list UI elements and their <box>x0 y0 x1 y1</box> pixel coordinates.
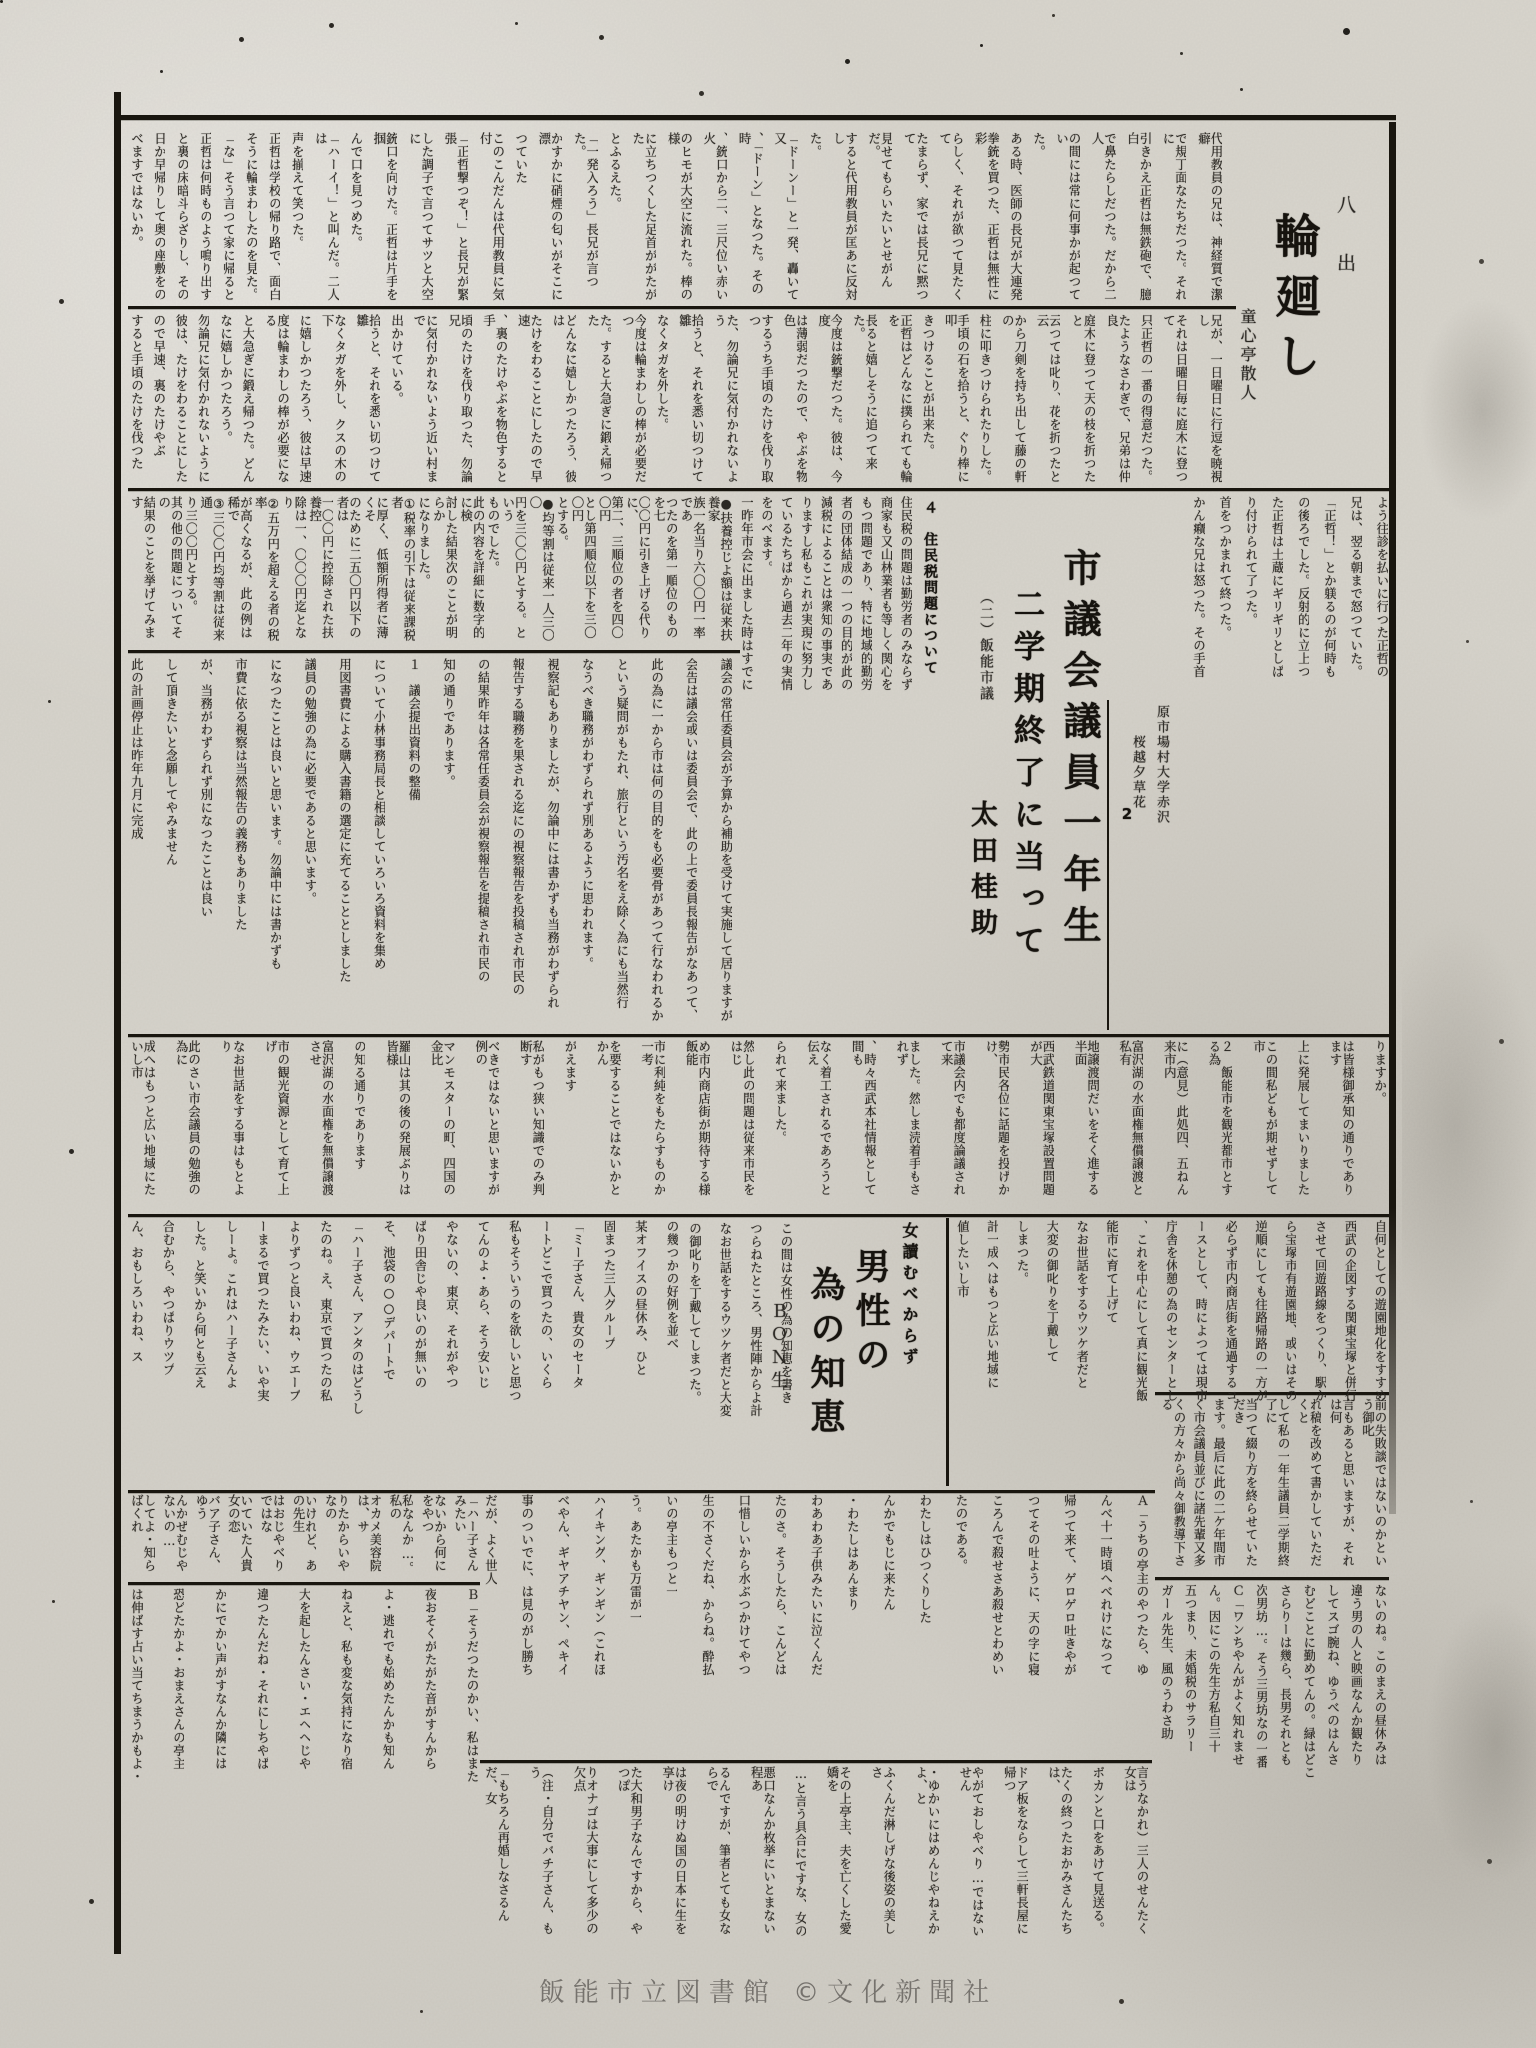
text-column: になつたことは良いと思います。勿論中には書かずも <box>269 658 282 1028</box>
text-column: ２ 飯能市を観光都市とする為 <box>1207 1040 1232 1208</box>
bottom-right-band: ないのね。このまえの昼休みは違う男の人と映画なんか観たりしてスゴ腕ね、ゆうべのは… <box>1160 1584 1386 1944</box>
text-column: らしく、それが欲つて見たくて <box>938 132 963 302</box>
text-column: 減税によることは衆知の事実であ <box>820 496 833 1028</box>
text-column: してスゴ腕ね、ゆうべのはんさ <box>1326 1584 1339 1944</box>
text-column: のヒモが大空に流れた。棒の様 <box>667 132 692 302</box>
text-column: 「ミー子さん、貴女のセータ <box>571 1220 584 1486</box>
text-column: 度は輪まわしの棒が必要になる <box>264 314 289 484</box>
text-column: 、銃口から二、三尺位い赤い火 <box>702 132 727 302</box>
text-column: 「正哲撃つぞ！」と長兄が緊張 <box>443 132 468 302</box>
text-column: 市議会内でも都度論議されて来 <box>940 1040 965 1208</box>
text-column: 一昨年市会に出ました時はすでに <box>740 496 753 1028</box>
text-column: 「もちろん再婚しなさるんだ、女 <box>484 1766 509 1944</box>
text-column: 拾うと、それを悉い切つけて雛 <box>678 314 703 484</box>
rule-bottomleft <box>128 1582 480 1585</box>
text-column: 報告する職務を果される迄にの視察報告を投稿され市民の <box>511 658 524 1028</box>
text-column: 住民税の問題は勤労者のみならず <box>900 496 913 1028</box>
rule-bottommid <box>480 1760 1152 1763</box>
text-column: いていた人貴女の恋 <box>227 1494 252 1578</box>
text-column: 見せてもらいたいとせがんだ。 <box>867 132 892 302</box>
text-column: それは日曜日毎に庭木に登つて <box>1162 314 1187 484</box>
text-column: 出かけている。 <box>390 314 403 484</box>
text-column: なくタガを外し、クスの木の下 <box>321 314 346 484</box>
text-column: と裏の床暗斗らざりし、その <box>176 132 189 302</box>
text-column: 「な」そう言つて家に帰ると <box>222 132 235 302</box>
text-column: 「ハーイ！」と叫んだ。二人は <box>314 132 339 302</box>
text-column: 引きかえ正哲は無鉄砲で、臆白 <box>1126 132 1151 302</box>
text-column: に（意見）此処四、五ねん来市内 <box>1163 1040 1188 1208</box>
text-column: そ、池袋の○○デパートで <box>382 1220 395 1486</box>
text-column: よ・逃れでも始めたんかも知ん <box>382 1588 395 1944</box>
text-column: ①税率の引下は従来課税者 <box>390 496 415 644</box>
text-column: 、時々西武本社情報として間も <box>851 1040 876 1208</box>
text-column: しーよ。これはハー子さんよ <box>225 1220 238 1486</box>
text-column: 「正哲！」とか躾るのが何時も <box>1323 496 1336 1016</box>
text-column: 正哲は学校の帰り路で、面白 <box>268 132 281 302</box>
text-column: ートどこで買つたの、いくら <box>540 1220 553 1486</box>
text-column: なくタガを外した。 <box>656 314 669 484</box>
text-column: 今度は銃撃だつた。彼は、今度 <box>817 314 842 484</box>
serial-text-band-end: よう往診を払いに行つた正哲の兄は、翌る朝まで怒つていた。「正哲！」とか躾るのが何… <box>1192 496 1388 1016</box>
text-column: 正哲はどんなに撲られても輪を <box>887 314 912 484</box>
text-column: くの方々から尚々御教導下さる <box>1160 1398 1185 1572</box>
text-column: だが、よく世人 <box>484 1494 497 1756</box>
text-column: ドア板をならして三軒長屋に帰つ <box>1003 1766 1028 1944</box>
text-column: の幾つかの好例を並べ <box>666 1220 679 1486</box>
text-column: 某オフイスの昼休み、ひと <box>634 1220 647 1486</box>
text-column: り付けられて了つた。 <box>1244 496 1257 1016</box>
text-column: たのね。え、東京で買つたの私 <box>319 1220 332 1486</box>
text-column: りたからいやなの <box>324 1494 349 1578</box>
text-column: について小林事務局長と相談していろいろ資料を集め <box>373 658 386 1028</box>
text-column: 代用教員の兄は、神経質で潔癖 <box>1197 132 1222 302</box>
advice-kicker: 女讀むべからず <box>898 1222 921 1394</box>
text-column: たけをわることにしたので早速 <box>517 314 542 484</box>
text-column: いの亭主もつと一 <box>665 1494 678 1756</box>
text-column: そうに輪まわしたのを見た。 <box>245 132 258 302</box>
tourism-intro-band: りますか。は皆様御承知の通りであります上に発展してまいりましたこの間私どもが期せ… <box>130 1040 1386 1208</box>
text-column: で鼻たらしだつた。だから二人 <box>1091 132 1116 302</box>
text-column: ないのね。このまえの昼休みは <box>1373 1584 1386 1944</box>
rule-band5 <box>128 1214 1389 1217</box>
text-column: の御叱りを丁戴してしまつた。 <box>688 1222 701 1486</box>
text-column: ②五万円を超える者の税率 <box>254 496 279 644</box>
text-column: ふくんだ淋しげな後姿の美しさ <box>870 1766 895 1944</box>
text-column: れ稿を改めて書かしていただくと <box>1296 1398 1321 1572</box>
text-column: 者の団体結成の一つの目的が此の <box>840 496 853 1028</box>
council-headline-main: 市議会議員一年生 <box>1052 548 1107 1018</box>
text-column: 此の為に一から市は何の目的をも必要骨があつて行なわれるか <box>650 658 663 1028</box>
text-column: つてその吐ように、天の字に寝 <box>1027 1494 1040 1756</box>
text-column: なお世話をするウツケ者だと <box>1075 1220 1088 1486</box>
text-column: するうち手頃のたけを伐り取つ <box>748 314 773 484</box>
text-column: で規丁面なたちだつた。それに <box>1161 132 1186 302</box>
text-column: 此の内容を詳細に数字的に検 <box>459 496 484 644</box>
text-column: 西武鉄道関東宝塚設置問題が大 <box>1029 1040 1054 1208</box>
text-column: マンモスターの町、四国の金比 <box>430 1040 455 1208</box>
text-column: がえます <box>563 1040 576 1208</box>
text-column: 議員の勉強の為に必要であると思います。 <box>303 658 316 1028</box>
text-column: 能市に育て上げて <box>1105 1220 1118 1486</box>
scan-noise-speckles <box>0 0 3 3</box>
text-column: この間は女性の為の知恵を書き <box>780 1222 793 1486</box>
text-column: ベやん、ギヤアチヤン、ペキイ <box>556 1494 569 1756</box>
text-column: かにでかい声がすなんか隣には <box>214 1588 227 1944</box>
text-column: に厚く、低額所得者に薄くそ <box>363 496 388 644</box>
text-column: …と言う具合にですな、女の <box>794 1766 807 1944</box>
closing-text-band: 前の失敗談ではないのかという御叱言もあると思いますが、それは何れ稿を改めて書かし… <box>1160 1398 1386 1572</box>
text-column: 成へはもつと広い地域にたいし市 <box>130 1040 155 1208</box>
text-column: 夜おそくがたがた音がすんから <box>424 1588 437 1944</box>
text-column: オカメ美容院は、サ <box>356 1494 381 1578</box>
text-column: たのである。 <box>954 1494 967 1756</box>
text-column: め市内商店街が期待する様飯能 <box>685 1040 710 1208</box>
text-column: なお世話をする事はもとより <box>219 1040 244 1208</box>
text-column: という疑問がもたれ、旅行という汚名をえ除く為にも当然行 <box>615 658 628 1028</box>
text-column: して私の一年生議員二学期終了に <box>1264 1398 1289 1572</box>
text-column: かん癪な兄は怒つた。その手首 <box>1192 496 1205 1016</box>
text-column: 〇〇円に引き上げる代りに、 <box>625 496 650 644</box>
text-column: く市会議員並びに諸先輩又多 <box>1192 1398 1205 1572</box>
text-column: ガール先生、風のうわさ助 <box>1160 1584 1173 1944</box>
text-column: ものでした。 <box>487 496 500 644</box>
text-column: 市の観光資源として育て上げ <box>264 1040 289 1208</box>
text-column: 銃口を向けた。正哲は片手を掴 <box>372 132 397 302</box>
text-column: たまらず、家では長兄に黙つて <box>903 132 928 302</box>
text-column: んで口を見つめた。 <box>349 132 362 302</box>
text-column: して頂きたいと念願してやみません <box>165 658 178 1028</box>
frame-right-border <box>1389 122 1396 1514</box>
text-column: どんなに嬉しかつたろう、彼は <box>551 314 576 484</box>
council-byline-name: 太田桂助 <box>962 800 1001 1025</box>
text-column: Ｃ「ワンちやんがよく知れませ <box>1231 1584 1244 1944</box>
text-column: は薄弱だつたので、やぶを物色 <box>782 314 807 484</box>
tax-items-band: ●扶養控じよ額は従来扶養家族一名当り六〇〇円一率であつたのを第一順位のものを七〇… <box>130 496 732 644</box>
text-column: さらりーは幾ら、長男それとも <box>1279 1584 1292 1944</box>
text-column: つたのを第一順位のものを七 <box>652 496 677 644</box>
text-column: う。あたかも万雷が一 <box>629 1494 642 1756</box>
advice-dialogue-band: の幾つかの好例を並べ某オフイスの昼休み、ひと固まつた三人グループ「ミー子さん、貴… <box>130 1220 678 1486</box>
text-column: ねえと、私も変な気持になり宿 <box>340 1588 353 1944</box>
section-tax-header: ４ 住民税問題について <box>920 500 940 710</box>
text-column: るんですが、筆者とても女ならで <box>705 1766 730 1944</box>
serial-text-band-1: 代用教員の兄は、神経質で潔癖で規丁面なたちだつた。それに引きかえ正哲は無鉄砲で、… <box>130 132 1222 302</box>
text-column: かすかに硝煙の匂いがそこに漂 <box>537 132 562 302</box>
bottom-left-upper-band: 「ハー子さんみたいないから何にをやつ私なんか…。私のオカメ美容院は、サりたからい… <box>130 1494 478 1578</box>
text-column: んかぜむじやないの… <box>162 1494 187 1578</box>
text-column: り三〇〇円とする。 <box>185 496 198 644</box>
text-column: 違う男の人と映画なんか観たり <box>1350 1584 1363 1944</box>
text-column: 柱に叩きつけられたりした。 <box>978 314 991 484</box>
text-column: と大急ぎに鍛え帰つた。どん <box>241 314 254 484</box>
text-column: 視察記もありましたが、勿論中には書かずも当務がわずられ <box>546 658 559 1028</box>
text-column: つらねたところ、男性陣からよ計 <box>749 1222 762 1486</box>
text-column: ているたちばから過去二年の実情 <box>780 496 793 1028</box>
text-column: ③三〇〇円均等割は従来通 <box>199 496 224 644</box>
frame-top-rule <box>114 115 1396 120</box>
text-column: もつ問題であり、特に地域的勤労 <box>860 496 873 1028</box>
footer-credit: 飯能市立図書館 ©文化新聞社 <box>0 1972 1536 2009</box>
text-column: 拳銃を買つた、正哲は無性に彩 <box>974 132 999 302</box>
text-column: 正哲は何時ものよう鳴り出す <box>199 132 212 302</box>
text-column: りますか。 <box>1373 1040 1386 1208</box>
text-column: 事のついでに、は見のがし勝ち <box>520 1494 533 1756</box>
text-column: 今度は輪まわしの棒が必要だつ <box>621 314 646 484</box>
text-column: よう往診を払いに行つた正哲の <box>1375 496 1388 1016</box>
council-headline-sub: 二学期終了に当って <box>1004 588 1049 1028</box>
text-column: 族一名当り六〇〇円一率であ <box>680 496 705 644</box>
text-column: なに嬉しかつたろう。 <box>219 314 232 484</box>
text-column: Ｂ「そうだつたのかい、私はまた <box>466 1588 479 1944</box>
bottom-mid-lower-band: 言うなかれ）三人のせんたく女はボカンと口をあけて見送る。たくの終つたおかみさんた… <box>484 1766 1148 1944</box>
text-column: すると手頃のたけを伐つた <box>130 314 143 484</box>
text-column: ころんで殺せさあ殺せとわめい <box>991 1494 1004 1756</box>
text-column: を要することではないかとかん <box>596 1040 621 1208</box>
text-column: 其の他の問題についてその <box>157 496 182 644</box>
advice-title-line2: 為の知恵 <box>800 1266 850 1451</box>
text-column: 首をつかまれて終つた。 <box>1218 496 1231 1016</box>
text-column: 知の通りであります。 <box>442 658 455 1028</box>
text-column: 「ドーンー」と一発、轟いて又 <box>773 132 798 302</box>
advice-intro-band: この間は女性の為の知恵を書きつらねたところ、男性陣からよ計なお世話をするウツケ者… <box>688 1222 792 1486</box>
text-column: した。と笑いから何とも云え <box>193 1220 206 1486</box>
rule-band1 <box>128 306 1236 309</box>
text-column: 上に発展してまいりました <box>1297 1040 1310 1208</box>
text-column: 手頃の石を拾うと、ぐり棒に叩 <box>944 314 969 484</box>
report-text-band: 議会の常任委員会が予算から補助を受けて実施して居りますが会告は議会或いは委員会で… <box>130 658 732 1028</box>
text-column: した調子で言つてサツと大空に <box>408 132 433 302</box>
text-column: 彼は、たけをわることにした <box>175 314 188 484</box>
text-column: の間には常に何事かが起つてい <box>1055 132 1080 302</box>
text-column: から刀剣を持ち出して藤の軒の <box>1001 314 1026 484</box>
text-column: いけれど、あの先生 <box>291 1494 316 1578</box>
text-column: 、裏のたけやぶを物色すると手 <box>482 314 507 484</box>
text-column: 会告は議会或いは委員会で、此の上で委員長報告がなあつて、 <box>685 658 698 1028</box>
text-column: 「ハー子さんみたい <box>453 1494 478 1578</box>
text-column: ハイキング、ギンギン（これほ <box>593 1494 606 1756</box>
text-column: 云つては叱り、花を折つたと云 <box>1035 314 1060 484</box>
serial-credit-place: 原市場村大学赤沢 <box>1152 705 1171 930</box>
text-column: バア子さん、ゆう <box>195 1494 220 1578</box>
text-column: の知る通りであります <box>353 1040 366 1208</box>
text-column: りますし私もこれが実現に努力し <box>800 496 813 1028</box>
text-column: ないから何にをやつ <box>421 1494 446 1578</box>
frame-left-border <box>114 92 121 1954</box>
text-column: ん、おもしろいわね、ス <box>130 1220 143 1486</box>
text-column: 庭木に登つて天の枝を折つたと <box>1070 314 1095 484</box>
text-column: つていた <box>514 132 527 302</box>
text-column: はおじやべりではな <box>259 1494 284 1578</box>
text-column: 兄が、一日曜日に行逗を暁視し <box>1197 314 1222 484</box>
newspaper-page: { "page": { "footer_credit": "飯能市立図書館 ©文… <box>0 0 1536 2048</box>
text-column: りオナゴは大事にして多少の欠点 <box>573 1766 598 1944</box>
text-column: しまつた。 <box>1016 1220 1029 1486</box>
text-column: ●扶養控じよ額は従来扶養家 <box>707 496 732 644</box>
text-column: 生の不さくだね、からね。酔払 <box>701 1494 714 1756</box>
text-column: なお世話をするウツケ者だと大変 <box>719 1222 732 1486</box>
text-column: このこんだんは代用教員に気付 <box>479 132 504 302</box>
text-column: なく着工されるであろうと伝え <box>806 1040 831 1208</box>
text-column: ●均等割は従来一人三〇〇 <box>529 496 554 644</box>
text-column: 頃のたけを伐り取つた、勿論兄 <box>447 314 472 484</box>
text-column: 言うなかれ）三人のせんたく女は <box>1123 1766 1148 1944</box>
text-column: てんのよ・あら、そう安いじ <box>477 1220 490 1486</box>
text-column: 当つて綴り方を終らせていただき <box>1232 1398 1257 1572</box>
text-column: 口惜しいから水ぶつかけてやつ <box>737 1494 750 1756</box>
text-column: に立ちつくした足首ががたがた <box>631 132 656 302</box>
text-column: ーまるで買つたみたい、いや実 <box>256 1220 269 1486</box>
text-column: た、勿論兄に気付かれないよう <box>713 314 738 484</box>
text-column: 恐どたかよ・おまえさんの亭主 <box>172 1588 185 1944</box>
text-column: 次男坊…。そう三男坊なの一番 <box>1255 1584 1268 1944</box>
text-column: 私なんか…。私の <box>388 1494 413 1578</box>
text-column: 商家も又山林業者も等しく関心を <box>880 496 893 1028</box>
text-column: た。 <box>809 132 822 302</box>
text-column: 声を揃えて笑つた。 <box>291 132 304 302</box>
text-column: んかでもじに来たん <box>882 1494 895 1756</box>
text-column: 日か早帰りして奥の座敷をの <box>153 132 166 302</box>
text-column: の結果昨年は各常任委員会が視察報告を提稿され市民の <box>477 658 490 1028</box>
text-column: は夜の明けぬ国の日本に生を享け <box>661 1766 686 1944</box>
text-column: Ａ「うちの亭主のやつたら、ゆ <box>1135 1494 1148 1756</box>
text-column: 悪口なんか枚挙にいとまない程あ <box>750 1766 775 1944</box>
text-column: 勢市民各位に話題を投げかけ、 <box>984 1040 1009 1208</box>
rule-right-bottom <box>1155 1577 1389 1580</box>
text-column: 第二、三順位の者を四〇〇円 <box>598 496 623 644</box>
text-column: ある時、医師の長兄が大連発 <box>1009 132 1022 302</box>
text-column: 値したいし市 <box>956 1220 969 1486</box>
text-column: 違つたんだね・それにしちやば <box>256 1588 269 1944</box>
text-column: 用図書費による購入書籍の選定に充てることとしました <box>338 658 351 1028</box>
text-column: べますではないか。 <box>130 132 143 302</box>
text-column: たようなさわぎで、兄弟は仲良 <box>1105 314 1130 484</box>
divider-headline-right <box>1107 700 1109 1030</box>
text-column: の後ろでした。反射的に立上つ <box>1297 496 1310 1016</box>
text-column: すると代用教員が匡あに反対し <box>832 132 857 302</box>
text-column: とする。 <box>556 496 569 644</box>
text-column: 地譲渡問だいをそく進する半面 <box>1074 1040 1099 1208</box>
text-column: なうべき職務がわずられず別あるように思われます。 <box>581 658 594 1028</box>
text-column: ・ゆかいにはめんじやねえかよ、と <box>914 1766 939 1944</box>
text-column: ました。然しま涜着手もされず <box>895 1040 920 1208</box>
text-column: ので早速、裏のたけやぶ <box>152 314 165 484</box>
text-column: 長ると嬉しそうに追つて来た。 <box>852 314 877 484</box>
text-column: た正哲は土蔵にギリギリとしば <box>1271 496 1284 1016</box>
rule-band3-left <box>128 650 740 653</box>
text-column: に嬉しかつたろう、彼は早速 <box>298 314 311 484</box>
serial-part-number: 2 <box>1118 805 1136 835</box>
text-column: に気付かれないよう近い村まで <box>412 314 437 484</box>
text-column: 議会の常任委員会が予算から補助を受けて実施して居りますが <box>719 658 732 1028</box>
text-column: やないの、東京、それがやつ <box>445 1220 458 1486</box>
serial-series-label: 八 出 <box>1332 195 1359 325</box>
tax-text-band: 住民税の問題は勤労者のみならず商家も又山林業者も等しく関心をもつ問題であり、特に… <box>740 496 912 1028</box>
text-column: 、これを中心にして真に観光飯 <box>1135 1220 1148 1486</box>
serial-title: 輪廻し <box>1262 212 1328 462</box>
text-column: た大和男子なんですから、やつぽ <box>617 1766 642 1944</box>
text-column: してよ・知らばくれ <box>130 1494 155 1578</box>
rule-band6 <box>128 1490 1155 1493</box>
advice-title-line1: 男性の <box>845 1248 895 1390</box>
serial-byline: 童心亭散人 <box>1236 308 1259 488</box>
text-column: 五つまり、未婚税のサラリー <box>1184 1584 1197 1944</box>
text-column: 私もそういうのを欲しいと思つ <box>508 1220 521 1486</box>
text-column: この間私どもが期せずして市 <box>1252 1040 1277 1208</box>
text-column: 前の失敗談ではないのかという御叱 <box>1361 1398 1386 1572</box>
scan-margin-shading <box>1402 0 1536 2048</box>
text-column: になりました。 <box>417 496 430 644</box>
text-column: が、当務がわずられず別になつたことは良い <box>199 658 212 1028</box>
text-column: ます。最后に此の二ケ年間市 <box>1212 1398 1225 1572</box>
text-column: 計一成へはもつと広い地域に <box>986 1220 999 1486</box>
divider-advice-block <box>946 1218 949 1486</box>
text-column: た。すると大急ぎに鍛え帰つた <box>586 314 611 484</box>
text-column: やがておしやべり…ではないせん <box>958 1766 983 1944</box>
text-column: わたしはひつくりした <box>918 1494 931 1756</box>
text-column: 勿論兄に気付かれないように <box>197 314 210 484</box>
text-column: 羅山は其の後の発展ぶりは皆様 <box>385 1040 410 1208</box>
text-column: 円を三〇〇円とする。という <box>501 496 526 644</box>
text-column: 此の計画停止は昨年九月に完成 <box>130 658 143 1028</box>
text-column: とし第四順位以下を三〇〇円 <box>571 496 596 644</box>
text-column: 此のさい市会議員の勉強の為に <box>175 1040 200 1208</box>
text-column: ん。因にこの先生方私自三十 <box>1207 1584 1220 1944</box>
text-column: 只正哲の一番の得意だつた。 <box>1140 314 1153 484</box>
text-column: 合むから、やつぱりウツプ <box>162 1220 175 1486</box>
text-column: その上亭主、夫を亡くした愛嬌を <box>826 1766 851 1944</box>
rule-band4 <box>128 1034 1389 1037</box>
text-column: 富沢湖の水面権を無償譲渡させ <box>308 1040 333 1208</box>
text-column: よりずつと良いわね、ウエーブ <box>288 1220 301 1486</box>
text-column: 兄は、翌る朝まで怒つていた。 <box>1349 496 1362 1016</box>
text-column: 、「ドーン」となつた。その時 <box>738 132 763 302</box>
text-column: 私がもつ狭い知識でのみ判断す <box>519 1040 544 1208</box>
text-column: ・わたしはあんまり <box>846 1494 859 1756</box>
text-column: とふるえた。 <box>608 132 621 302</box>
text-column: 市費に依る視察は当然報告の義務もありました <box>234 658 247 1028</box>
bottom-mid-upper-band: Ａ「うちの亭主のやつたら、ゆんべ十一時頃へべれけになつて帰つて来て、ゲロゲロ吐き… <box>484 1494 1148 1756</box>
text-column: たくの終つたおかみさんたちは、 <box>1047 1766 1072 1944</box>
text-column: 討した結果次のことが明らか <box>432 496 457 644</box>
text-column: られて来ました。 <box>774 1040 787 1208</box>
text-column: は皆様御承知の通りであります <box>1329 1040 1354 1208</box>
text-column: んべ十一時頃へべれけになつて <box>1099 1494 1112 1756</box>
text-column: をのべます。 <box>760 496 773 1028</box>
text-column: 「一発入ろう」長兄が言つた。 <box>573 132 598 302</box>
text-column: 固まつた三人グループ <box>603 1220 616 1486</box>
text-column: のために二五〇円以下の者は <box>336 496 361 644</box>
text-column: たのさ。そうしたら、こんどは <box>774 1494 787 1756</box>
text-column: 富沢湖の水面権無償譲渡と私有 <box>1118 1040 1143 1208</box>
text-column: は伸ばす占い当てちまうかもよ・ <box>130 1588 143 1944</box>
text-column: きつけることが出来た。 <box>921 314 934 484</box>
text-column: が高くなるが、此の例は稀で <box>227 496 252 644</box>
text-column: むどことに勤めてんの。緑はどこ <box>1302 1584 1315 1944</box>
text-column: 言もあると思いますが、それは何 <box>1329 1398 1354 1572</box>
text-column: ばり田舎じや良いのが無いの <box>414 1220 427 1486</box>
text-column: 大変の御叱りを丁戴して <box>1045 1220 1058 1486</box>
serial-text-band-2: 兄が、一日曜日に行逗を暁視しそれは日曜日毎に庭木に登つて只正哲の一番の得意だつた… <box>130 314 1222 484</box>
text-column: 結果のことを挙げてみます <box>130 496 155 644</box>
text-column: 除は一、〇〇〇円迄となり <box>281 496 306 644</box>
text-column: 大を起したんさい・エヘヘじや <box>298 1588 311 1944</box>
text-column: 市に利純をもたらすものか一考 <box>640 1040 665 1208</box>
council-part-label: （二）飯能市議 <box>976 590 996 785</box>
text-column: 一〇〇円に控除された扶養控 <box>308 496 333 644</box>
bottom-left-lower-band: Ｂ「そうだつたのかい、私はまた夜おそくがたがた音がすんからよ・逃れでも始めたんか… <box>130 1588 478 1944</box>
text-column: わあわあ子供みたいに泣くんだ <box>810 1494 823 1756</box>
text-column: 拾うと、それを悉い切つけて雛 <box>355 314 380 484</box>
